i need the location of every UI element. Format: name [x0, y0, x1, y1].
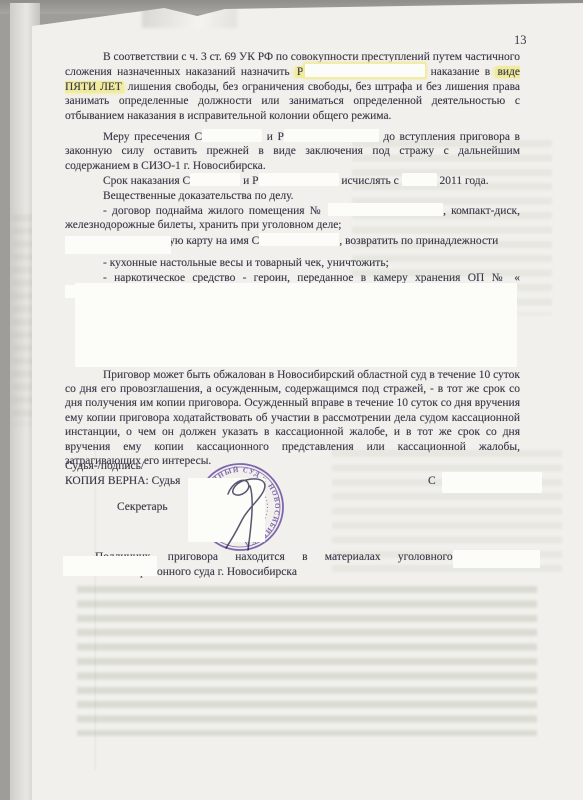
verdict-text-block: В соответствии с ч. 3 ст. 69 УК РФ по со…: [32, 0, 583, 468]
restraint-text: и Р: [262, 131, 284, 143]
redaction-box: [328, 203, 443, 216]
bleed-through-text: [77, 586, 537, 736]
term-start-text: 2011 года.: [437, 175, 489, 187]
evidence-text: , возвратить по принадлежности: [339, 235, 498, 247]
redaction-box: [259, 173, 339, 186]
highlighted-initial: Р: [295, 66, 305, 78]
paragraph-sentencing: В соответствии с ч. 3 ст. 69 УК РФ по со…: [65, 50, 520, 123]
scanned-court-document: { "document": { "page_number": "13", "bo…: [0, 0, 583, 800]
redaction-box: [305, 64, 425, 77]
term-start-text: исчислять с: [339, 175, 402, 187]
redaction-box: [190, 173, 240, 186]
evidence-text: - наркотическое средство - героин, перед…: [103, 272, 514, 284]
paragraph-evidence-header: Вещественные доказательства по делу.: [65, 189, 520, 203]
sentencing-text: наказание в: [425, 66, 495, 78]
judge-handwritten-signature: [172, 450, 302, 560]
copy-certified-line: КОПИЯ ВЕРНА: Судья: [65, 475, 180, 487]
redaction-box: [453, 550, 540, 568]
redaction-box: [284, 129, 379, 142]
paragraph-term-start: Срок наказания С и Р исчислять с 2011 го…: [65, 173, 520, 188]
evidence-text: - договор поднайма жилого помещения №: [103, 205, 328, 217]
judge-initial: С: [428, 475, 436, 487]
document-page: 13 В соответствии с ч. 3 ст. 69 УК РФ по…: [32, 0, 583, 800]
restraint-text: Меру пресечения С: [103, 131, 202, 143]
evidence-item-scales: - кухонные настольные весы и товарный че…: [65, 256, 520, 270]
original-location-note-line2: районного суда г. Новосибирска: [140, 566, 297, 578]
evidence-text: «: [514, 272, 520, 284]
redaction-box: [402, 173, 437, 186]
redaction-box: [202, 129, 262, 142]
redaction-box: [65, 236, 171, 254]
paragraph-restraint-measure: Меру пресечения С и Р до вступления приг…: [65, 129, 520, 173]
secretary-line: Секретарь: [117, 501, 168, 513]
redaction-box: [442, 472, 542, 493]
evidence-item-contract: - договор поднайма жилого помещения № , …: [65, 203, 520, 233]
redaction-box: [259, 233, 339, 246]
term-start-text: Срок наказания С: [103, 175, 190, 187]
term-start-text: и Р: [240, 175, 258, 187]
redaction-box: [63, 556, 157, 576]
large-redaction-block: [75, 283, 517, 367]
sentencing-text: лишения свободы, без ограничения свободы…: [65, 81, 520, 122]
